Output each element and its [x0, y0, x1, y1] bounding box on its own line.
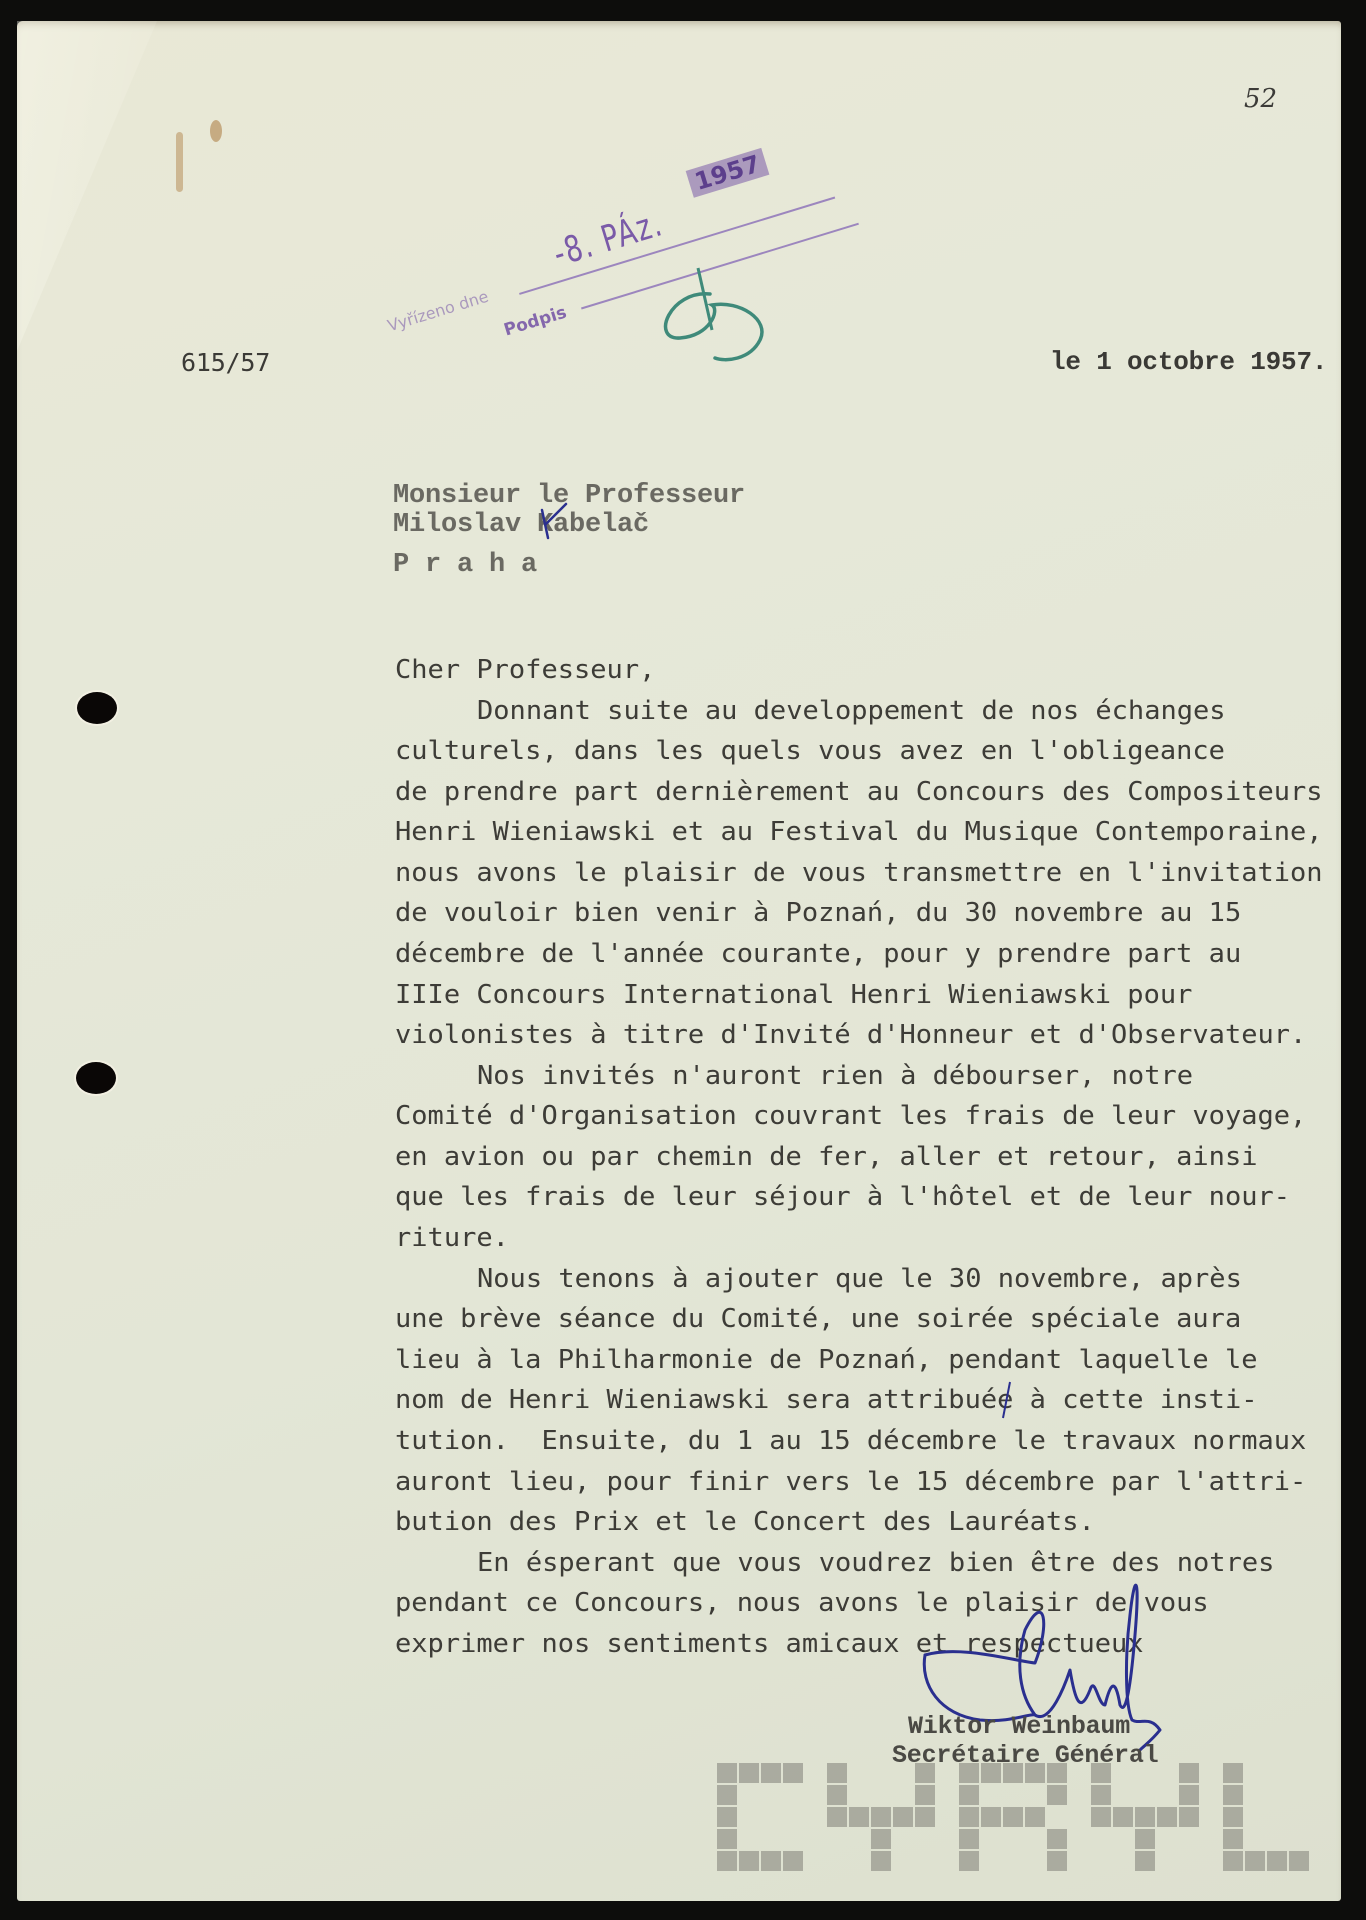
watermark-cell — [1047, 1851, 1067, 1871]
watermark-cell — [871, 1829, 891, 1849]
watermark-cell — [1091, 1763, 1111, 1783]
body-line: auront lieu, pour finir vers le 15 décem… — [395, 1467, 1306, 1497]
watermark-cell — [1179, 1763, 1199, 1783]
watermark-cell — [739, 1851, 759, 1871]
watermark-cell — [1223, 1851, 1243, 1871]
watermark-cell — [739, 1763, 759, 1783]
watermark-cell — [1223, 1829, 1243, 1849]
watermark-cell — [1025, 1763, 1045, 1783]
body-line: En ésperant que vous voudrez bien être d… — [477, 1548, 1274, 1578]
watermark-cell — [959, 1807, 979, 1827]
rust-stain — [210, 120, 222, 142]
watermark-cell — [871, 1807, 891, 1827]
watermark-cell — [1091, 1807, 1111, 1827]
watermark-cell — [783, 1763, 803, 1783]
letter-date: le 1 octobre 1957. — [1050, 349, 1327, 375]
watermark-cell — [893, 1807, 913, 1827]
watermark-cell — [1245, 1851, 1265, 1871]
watermark-cell — [915, 1763, 935, 1783]
watermark-cell — [1289, 1851, 1309, 1871]
watermark-cell — [915, 1785, 935, 1805]
watermark-cell — [1179, 1785, 1199, 1805]
watermark-cell — [1157, 1807, 1177, 1827]
body-line: une brève séance du Comité, une soirée s… — [395, 1304, 1241, 1334]
stamp-year-mark: 1957 — [686, 148, 770, 198]
watermark-cell — [1135, 1807, 1155, 1827]
watermark-cell — [981, 1807, 1001, 1827]
watermark-cell — [1223, 1763, 1243, 1783]
body-line: tution. Ensuite, du 1 au 15 décembre le … — [395, 1426, 1306, 1456]
body-line: Donnant suite au developpement de nos éc… — [477, 696, 1226, 726]
reference-number: 615/57 — [181, 350, 270, 375]
address-line-name: Miloslav Kabelač — [393, 512, 649, 539]
watermark-cell — [981, 1763, 1001, 1783]
watermark-cell — [959, 1763, 979, 1783]
watermark-cell — [717, 1829, 737, 1849]
watermark-cell — [915, 1807, 935, 1827]
watermark-cell — [1223, 1785, 1243, 1805]
watermark-cell — [1047, 1785, 1067, 1805]
rust-stain — [176, 132, 183, 192]
salutation: Cher Professeur, — [395, 655, 655, 685]
watermark-cell — [717, 1785, 737, 1805]
watermark-cell — [1267, 1851, 1287, 1871]
watermark-cell — [717, 1807, 737, 1827]
watermark-cell — [1113, 1807, 1133, 1827]
watermark-cell — [1047, 1763, 1067, 1783]
body-line: nous avons le plaisir de vous transmettr… — [395, 858, 1323, 888]
watermark-cell — [959, 1851, 979, 1871]
watermark-cell — [783, 1851, 803, 1871]
handwritten-strike-mark — [1000, 1380, 1014, 1420]
signatory-name: Wiktor Weinbaum — [908, 1714, 1130, 1739]
watermark-cell — [1135, 1829, 1155, 1849]
watermark-cell — [827, 1763, 847, 1783]
watermark-cell — [717, 1851, 737, 1871]
watermark-cell — [871, 1851, 891, 1871]
watermark-cell — [1003, 1763, 1023, 1783]
address-line-city: P r a h a — [393, 552, 537, 579]
body-line: IIIe Concours International Henri Wienia… — [395, 980, 1192, 1010]
watermark-cell — [1135, 1851, 1155, 1871]
watermark-cell — [1179, 1807, 1199, 1827]
body-line: Nous tenons à ajouter que le 30 novembre… — [477, 1264, 1242, 1294]
watermark-cell — [1047, 1829, 1067, 1849]
body-line: culturels, dans les quels vous avez en l… — [395, 736, 1225, 766]
body-line: que les frais de leur séjour à l'hôtel e… — [395, 1182, 1290, 1212]
body-line: riture. — [395, 1223, 509, 1253]
handwritten-initials — [640, 250, 790, 380]
stamp-signature-label: Podpis — [502, 303, 569, 341]
body-line: bution des Prix et le Concert des Lauréa… — [395, 1507, 1095, 1537]
handwritten-correction-k — [538, 502, 570, 542]
watermark-cell — [1025, 1807, 1045, 1827]
watermark-cell — [1091, 1785, 1111, 1805]
body-line: Henri Wieniawski et au Festival du Musiq… — [395, 817, 1323, 847]
body-line: en avion ou par chemin de fer, aller et … — [395, 1142, 1257, 1172]
watermark-cell — [761, 1763, 781, 1783]
body-line: nom de Henri Wieniawski sera attribuée à… — [395, 1385, 1257, 1415]
watermark-cell — [959, 1785, 979, 1805]
watermark-cell — [827, 1785, 847, 1805]
punch-hole-top — [77, 692, 117, 724]
body-line: de vouloir bien venir à Poznań, du 30 no… — [395, 898, 1241, 928]
body-line: de prendre part dernièrement au Concours… — [395, 777, 1323, 807]
watermark-cell — [959, 1829, 979, 1849]
watermark-cell — [1223, 1807, 1243, 1827]
watermark-cell — [761, 1851, 781, 1871]
punch-hole-bottom — [76, 1062, 116, 1094]
body-line: Comité d'Organisation couvrant les frais… — [395, 1101, 1306, 1131]
body-line: Nos invités n'auront rien à débourser, n… — [477, 1061, 1193, 1091]
handwritten-page-number: 52 — [1244, 84, 1277, 114]
watermark-cell — [1003, 1807, 1023, 1827]
watermark-cell — [717, 1763, 737, 1783]
body-line: lieu à la Philharmonie de Poznań, pendan… — [395, 1345, 1257, 1375]
watermark-cell — [849, 1807, 869, 1827]
watermark-cell — [827, 1807, 847, 1827]
body-line: décembre de l'année courante, pour y pre… — [395, 939, 1241, 969]
body-line: violonistes à titre d'Invité d'Honneur e… — [395, 1020, 1306, 1050]
